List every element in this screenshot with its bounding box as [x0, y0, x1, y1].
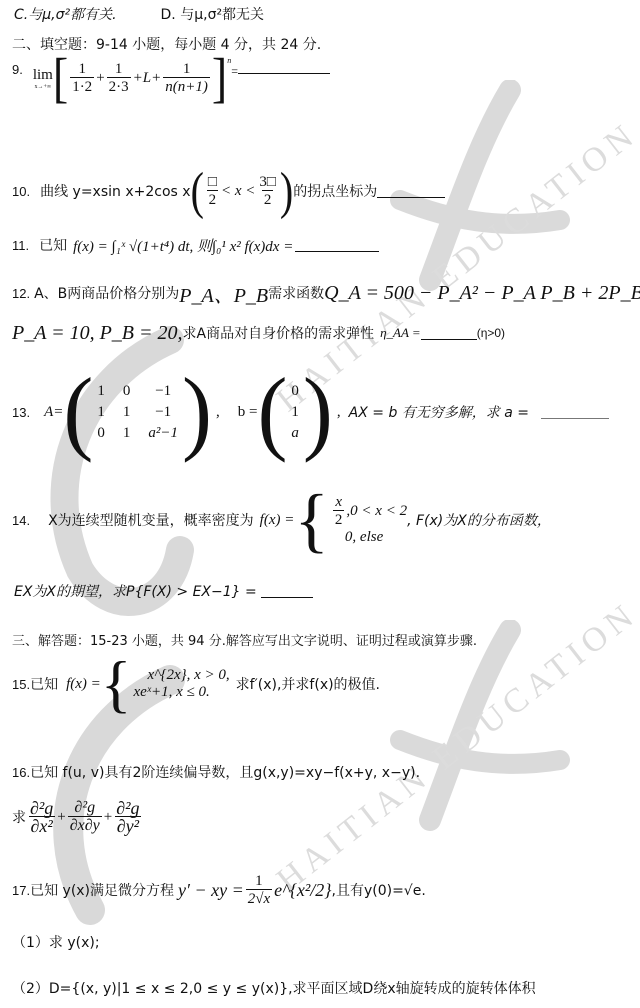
matrix-cell: 1 — [97, 383, 105, 400]
density-label: f(x) = — [260, 512, 295, 529]
equals: = — [231, 64, 238, 79]
question-17-part-2: （2）D={(x, y)|1 ≤ x ≤ 2,0 ≤ y ≤ y(x)},求平面… — [12, 978, 536, 998]
matrix-cell: −1 — [148, 404, 178, 421]
question-15: 15. 已知 f(x) = { x^{2x}, x > 0, xeˣ+1, x … — [12, 652, 380, 716]
part-2-text: （2）D={(x, y)|1 ≤ x ≤ 2,0 ≤ y ≤ y(x)},求平面… — [12, 978, 536, 998]
question-17-part-1: （1）求 y(x); — [12, 932, 100, 952]
question-11: 11. 已知 f(x) = ∫₁ˣ √(1+t⁴) dt, 则∫₀¹ x² f(… — [12, 230, 379, 260]
question-suffix: 的拐点坐标为 — [293, 181, 377, 201]
matrix-label: A= — [44, 404, 63, 421]
question-14-line-1: 14. X为连续型随机变量，概率密度为 f(x) = { x2 ,0 < x <… — [12, 484, 551, 556]
case-1: x^{2x}, x > 0, — [147, 667, 229, 684]
denominator: ∂x∂y — [68, 816, 102, 835]
matrix-left-paren: ( — [63, 365, 93, 460]
prices: P_A、P_B — [179, 279, 268, 308]
function-label: f(x) = — [66, 676, 101, 693]
numerator: □ — [206, 174, 219, 190]
question-text: 求A商品对自身价格的需求弹性 — [183, 323, 375, 343]
question-number: 15. — [12, 677, 30, 692]
question-9: 9. lim x→+∞ [ 11·2 + 12·3 +L+ 1n(n+1) ] … — [12, 56, 330, 100]
right-paren: ) — [280, 165, 293, 217]
question-10: 10. 曲线 y=xsin x+2cos x ( □2 < x < 3□2 ) … — [12, 170, 445, 212]
range-mid: < x < — [221, 183, 255, 200]
question-text: X为连续型随机变量，概率密度为 — [48, 510, 254, 530]
section-3-title: 三、解答题：15-23 小题，共 94 分.解答应写出文字说明、证明过程或演算步… — [12, 630, 477, 649]
demand-function: Q_A = 500 − P_A² − P_A P_B + 2P_B², — [324, 282, 640, 305]
matrix-cell: a²−1 — [148, 425, 178, 442]
derivative-2: ∂²g∂x∂y — [68, 800, 102, 835]
question-prefix: 已知 — [30, 674, 58, 694]
fraction-3: 1n(n+1) — [163, 61, 210, 96]
numerator: 1 — [76, 61, 88, 77]
range-right: 3□2 — [257, 174, 278, 209]
exponential-term: e^{x²/2} — [274, 880, 331, 901]
vector-cell: 1 — [291, 404, 299, 421]
vector-left-paren: ( — [257, 365, 287, 460]
numerator: 1 — [181, 61, 193, 77]
case-2: 0, else — [345, 529, 407, 546]
left-brace: { — [294, 484, 329, 556]
question-17-line-1: 17. 已知 y(x)满足微分方程 y′ − xy = 12√x e^{x²/2… — [12, 866, 426, 914]
numerator: ∂²g — [28, 800, 55, 816]
denominator: ∂x² — [29, 816, 55, 835]
fraction-2: 12·3 — [107, 61, 131, 96]
part-1-text: （1）求 y(x); — [12, 932, 100, 952]
question-12-line-1: 12. A、B两商品价格分别为 P_A、P_B 需求函数 Q_A = 500 −… — [12, 276, 640, 310]
answer-blank[interactable] — [541, 405, 609, 419]
question-number: 16. — [12, 765, 30, 780]
matrix-cell: 1 — [97, 404, 105, 421]
matrix-cell: −1 — [148, 383, 178, 400]
question-text: 曲线 y=xsin x+2cos x — [40, 181, 190, 201]
denominator: 2 — [333, 510, 345, 529]
denominator: 2 — [262, 190, 274, 209]
question-prefix: 求 — [12, 807, 26, 827]
section-3-title-text: 三、解答题：15-23 小题，共 94 分.解答应写出文字说明、证明过程或演算步… — [12, 630, 477, 649]
answer-blank[interactable] — [421, 326, 477, 340]
matrix-A: 1 0 −1 1 1 −1 0 1 a²−1 — [93, 383, 182, 442]
left-bracket: [ — [53, 54, 68, 102]
answer-blank[interactable] — [295, 238, 379, 252]
question-13: 13. A= ( 1 0 −1 1 1 −1 0 1 a²−1 ) , b = … — [12, 360, 609, 464]
vector-cell: a — [291, 425, 299, 442]
answer-blank[interactable] — [377, 184, 445, 198]
integral-expression: f(x) = ∫₁ˣ √(1+t⁴) dt, 则∫₀¹ x² f(x)dx = — [73, 235, 293, 256]
derivative-1: ∂²g∂x² — [28, 800, 55, 835]
denominator: n(n+1) — [163, 77, 210, 96]
question-text: AX = b 有无穷多解，求 a = — [349, 402, 529, 422]
option-line: C.与μ,σ²都有关. D. 与μ,σ²都无关 — [14, 4, 264, 24]
matrix-cell: 0 — [123, 383, 131, 400]
numerator: 1 — [253, 873, 265, 889]
numerator: 1 — [113, 61, 125, 77]
demand-label: 需求函数 — [268, 283, 324, 303]
derivative-3: ∂²g∂y² — [114, 800, 141, 835]
question-number: 13. — [12, 405, 30, 420]
question-prefix: 已知 — [39, 235, 67, 255]
question-number: 17. — [12, 883, 30, 898]
question-text: EX为X的期望，求P{F(X) > EX−1} = — [14, 581, 257, 601]
function-cases: x^{2x}, x > 0, xeˣ+1, x ≤ 0. — [133, 667, 229, 701]
vector-cell: 0 — [291, 383, 299, 400]
question-number: 9. — [12, 62, 23, 77]
case-1-condition: ,0 < x < 2 — [346, 503, 407, 520]
left-brace: { — [101, 652, 132, 716]
question-16-line-1: 16. 已知 f(u, v)具有2阶连续偏导数，且g(x,y)=xy−f(x+y… — [12, 762, 420, 782]
price-values: P_A = 10, P_B = 20, — [12, 322, 183, 345]
question-14-line-2: EX为X的期望，求P{F(X) > EX−1} = — [14, 578, 313, 604]
condition: (η>0) — [477, 326, 505, 340]
ellipsis-term: +L+ — [133, 70, 162, 87]
density-cases: x2 ,0 < x < 2 0, else — [331, 494, 407, 546]
matrix-cell: 0 — [97, 425, 105, 442]
exam-page: HAITIAN EDUCATION HAITIAN EDUCATION C.与μ… — [0, 0, 640, 1008]
question-16-line-2: 求 ∂²g∂x² + ∂²g∂x∂y + ∂²g∂y² — [12, 794, 144, 840]
question-number: 12. — [12, 286, 30, 301]
answer-blank[interactable] — [261, 584, 313, 598]
vector-label: b = — [238, 404, 258, 421]
question-number: 14. — [12, 513, 30, 528]
differential-equation: y′ − xy = — [178, 880, 244, 901]
denominator: 2 — [207, 190, 219, 209]
option-d: D. 与μ,σ²都无关 — [161, 4, 265, 24]
limit: lim x→+∞ — [33, 67, 53, 90]
initial-condition: ,且有y(0)=√e. — [332, 880, 426, 900]
lim-label: lim — [33, 67, 53, 84]
answer-blank[interactable] — [238, 60, 330, 74]
fraction-1: 11·2 — [70, 61, 94, 96]
denominator: 2·3 — [107, 77, 131, 96]
denominator: 1·2 — [70, 77, 94, 96]
question-number: 11. — [12, 238, 29, 253]
question-number: 10. — [12, 184, 30, 199]
matrix-cell: 1 — [123, 425, 131, 442]
vector-b: 0 1 a — [287, 383, 303, 442]
option-c: C.与μ,σ²都有关. — [14, 4, 117, 24]
question-suffix: 求f′(x),并求f(x)的极值. — [236, 674, 380, 694]
numerator: x — [333, 494, 344, 510]
range-left: □2 — [206, 174, 219, 209]
vector-right-paren: ) — [303, 365, 333, 460]
left-paren: ( — [191, 165, 204, 217]
denominator: ∂y² — [115, 816, 141, 835]
case-2: xeˣ+1, x ≤ 0. — [133, 684, 229, 701]
right-bracket: ] — [212, 54, 227, 102]
numerator: ∂²g — [72, 800, 97, 816]
question-text: 已知 f(u, v)具有2阶连续偏导数，且g(x,y)=xy−f(x+y, x−… — [30, 762, 420, 782]
elasticity-symbol: η_AA = — [380, 325, 421, 341]
numerator: 3□ — [257, 174, 278, 190]
matrix-cell: 1 — [123, 404, 131, 421]
matrix-right-paren: ) — [182, 365, 212, 460]
lim-subscript: x→+∞ — [35, 84, 52, 90]
question-12-line-2: P_A = 10, P_B = 20, 求A商品对自身价格的需求弹性 η_AA … — [12, 316, 505, 350]
denominator: 2√x — [246, 889, 272, 908]
question-text: 已知 y(x)满足微分方程 — [30, 880, 174, 900]
equation-fraction: 12√x — [246, 873, 272, 908]
question-suffix: , F(x)为X的分布函数， — [407, 510, 551, 530]
numerator: ∂²g — [114, 800, 141, 816]
case-fraction: x2 — [333, 494, 345, 529]
question-text: A、B两商品价格分别为 — [34, 283, 179, 303]
